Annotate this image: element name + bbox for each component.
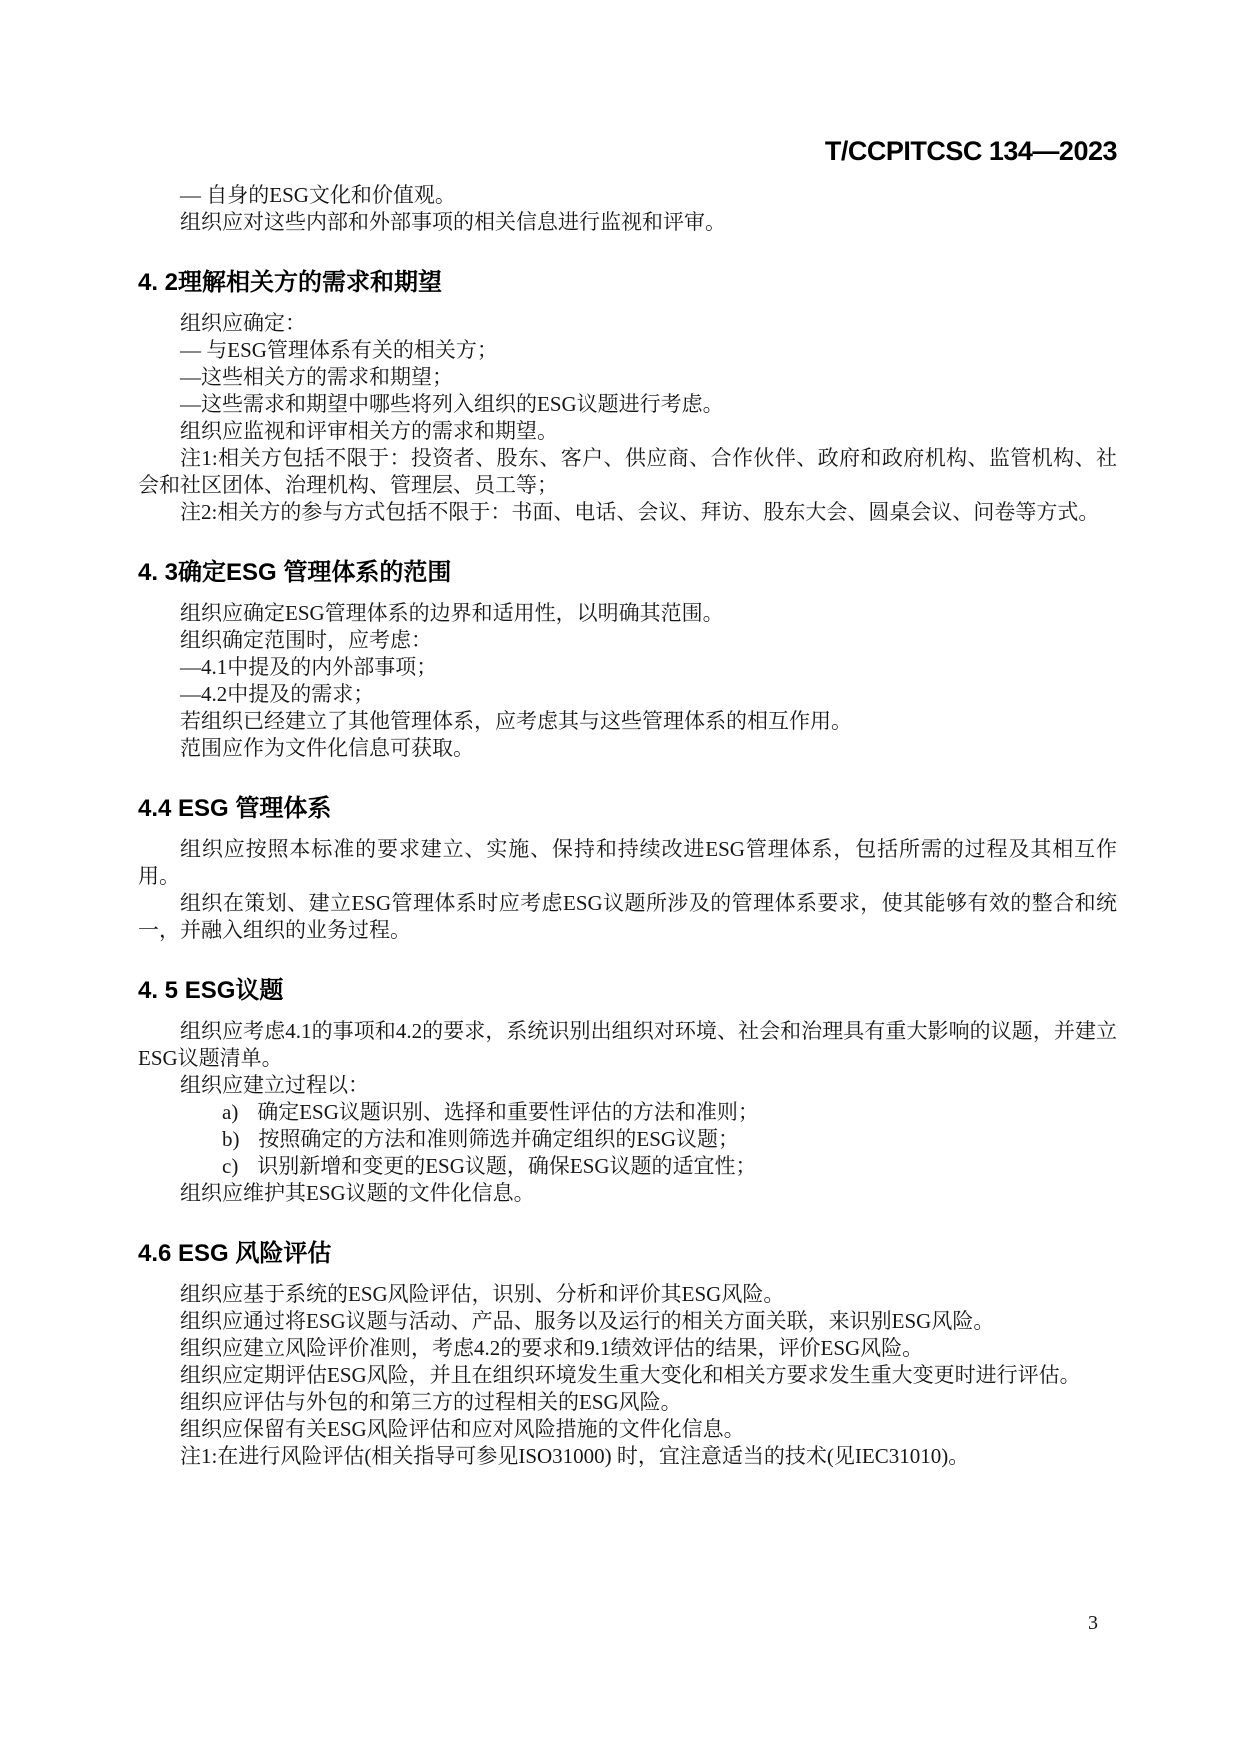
note-paragraph: 注2:相关方的参与方式包括不限于：书面、电话、会议、拜访、股东大会、圆桌会议、问… (138, 499, 1117, 526)
paragraph: 组织应确定： (138, 310, 1117, 337)
section-heading: 4.4 ESG 管理体系 (138, 794, 1117, 824)
list-item: b)按照确定的方法和准则筛选并确定组织的ESG议题； (138, 1126, 1117, 1153)
section-heading: 4. 2理解相关方的需求和期望 (138, 268, 1117, 298)
paragraph: 组织应建立过程以： (138, 1072, 1117, 1099)
paragraph: —这些相关方的需求和期望； (138, 364, 1117, 391)
paragraph: 组织应监视和评审相关方的需求和期望。 (138, 418, 1117, 445)
paragraph: 若组织已经建立了其他管理体系，应考虑其与这些管理体系的相互作用。 (138, 708, 1117, 735)
list-text: 确定ESG议题识别、选择和重要性评估的方法和准则； (257, 1100, 759, 1124)
paragraph: 组织应按照本标准的要求建立、实施、保持和持续改进ESG管理体系，包括所需的过程及… (138, 836, 1117, 890)
list-label: a) (180, 1099, 238, 1126)
document-page: T/CCPITCSC 134—2023 — 自身的ESG文化和价值观。组织应对这… (0, 0, 1240, 1755)
paragraph: — 与ESG管理体系有关的相关方； (138, 337, 1117, 364)
list-item: c)识别新增和变更的ESG议题，确保ESG议题的适宜性； (138, 1153, 1117, 1180)
paragraph: 组织应基于系统的ESG风险评估，识别、分析和评价其ESG风险。 (138, 1281, 1117, 1308)
paragraph: 组织确定范围时，应考虑： (138, 627, 1117, 654)
list-label: b) (180, 1126, 240, 1153)
paragraph: 组织应评估与外包的和第三方的过程相关的ESG风险。 (138, 1389, 1117, 1416)
section-heading: 4.6 ESG 风险评估 (138, 1239, 1117, 1269)
paragraph: —这些需求和期望中哪些将列入组织的ESG议题进行考虑。 (138, 391, 1117, 418)
paragraph: 组织应维护其ESG议题的文件化信息。 (138, 1180, 1117, 1207)
section-heading: 4. 3确定ESG 管理体系的范围 (138, 558, 1117, 588)
paragraph: 组织应考虑4.1的事项和4.2的要求，系统识别出组织对环境、社会和治理具有重大影… (138, 1018, 1117, 1072)
list-text: 按照确定的方法和准则筛选并确定组织的ESG议题； (258, 1127, 739, 1151)
list-label: c) (180, 1153, 238, 1180)
paragraph: 组织应通过将ESG议题与活动、产品、服务以及运行的相关方面关联，来识别ESG风险… (138, 1308, 1117, 1335)
paragraph: 范围应作为文件化信息可获取。 (138, 735, 1117, 762)
document-body: — 自身的ESG文化和价值观。组织应对这些内部和外部事项的相关信息进行监视和评审… (138, 182, 1117, 1470)
list-text: 识别新增和变更的ESG议题，确保ESG议题的适宜性； (257, 1154, 756, 1178)
section-heading: 4. 5 ESG议题 (138, 976, 1117, 1006)
list-item: a)确定ESG议题识别、选择和重要性评估的方法和准则； (138, 1099, 1117, 1126)
paragraph: 组织在策划、建立ESG管理体系时应考虑ESG议题所涉及的管理体系要求，使其能够有… (138, 890, 1117, 944)
paragraph: 组织应确定ESG管理体系的边界和适用性，以明确其范围。 (138, 600, 1117, 627)
note-paragraph: 注1:相关方包括不限于：投资者、股东、客户、供应商、合作伙伴、政府和政府机构、监… (138, 445, 1117, 499)
paragraph: 组织应建立风险评价准则，考虑4.2的要求和9.1绩效评估的结果，评价ESG风险。 (138, 1335, 1117, 1362)
standard-number-header: T/CCPITCSC 134—2023 (825, 136, 1117, 167)
paragraph: 组织应保留有关ESG风险评估和应对风险措施的文件化信息。 (138, 1416, 1117, 1443)
paragraph: —4.2中提及的需求； (138, 681, 1117, 708)
paragraph: — 自身的ESG文化和价值观。 (138, 182, 1117, 209)
paragraph: 组织应对这些内部和外部事项的相关信息进行监视和评审。 (138, 209, 1117, 236)
page-number: 3 (1088, 1612, 1098, 1635)
paragraph: —4.1中提及的内外部事项； (138, 654, 1117, 681)
paragraph: 组织应定期评估ESG风险，并且在组织环境发生重大变化和相关方要求发生重大变更时进… (138, 1362, 1117, 1389)
note-paragraph: 注1:在进行风险评估(相关指导可参见ISO31000) 时，宜注意适当的技术(见… (138, 1443, 1117, 1470)
